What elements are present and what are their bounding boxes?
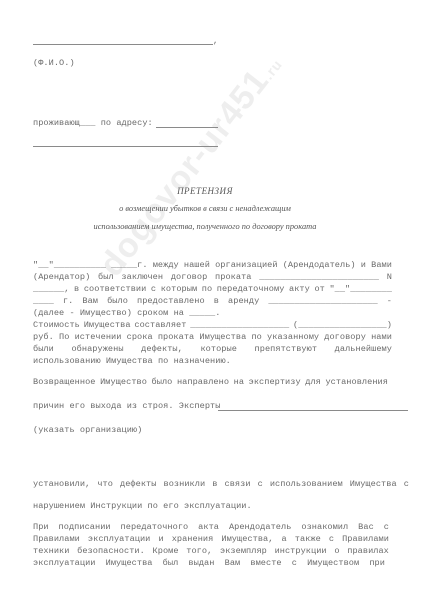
word: проката xyxy=(158,332,194,342)
word: предоставлено xyxy=(137,296,205,306)
date-field: "__"__________ _____г. xyxy=(33,260,148,270)
word: техники xyxy=(33,546,69,556)
word: Имущество xyxy=(100,377,147,387)
word: Стоимость xyxy=(33,320,80,330)
word: было xyxy=(152,377,173,387)
number-sign: N xyxy=(387,272,392,282)
dash: - xyxy=(387,296,392,306)
word: с xyxy=(292,558,297,568)
p1-line9: использованию Имущества по назначению. xyxy=(33,356,392,366)
word: заключен xyxy=(121,272,163,282)
word: По xyxy=(59,332,69,342)
word: был xyxy=(98,272,114,282)
p4-line4: эксплуатации Имущества был выдан Вам вме… xyxy=(33,558,385,568)
word: о xyxy=(334,546,339,556)
word: г. xyxy=(63,296,73,306)
word: Имущества, xyxy=(221,534,273,544)
word: проката xyxy=(215,272,251,282)
word: эксплуатации xyxy=(33,558,96,568)
word: а xyxy=(282,534,287,544)
word: организацией xyxy=(215,260,278,270)
word: с xyxy=(404,479,409,489)
word: аренду xyxy=(228,296,259,306)
word: руб. xyxy=(33,332,54,342)
experts-blank xyxy=(218,410,408,411)
word: возникли xyxy=(164,479,206,489)
word: Правилами xyxy=(33,534,80,544)
word: составляет xyxy=(134,320,186,330)
word: того, xyxy=(186,546,212,556)
p3-line1: установили, что дефекты возникли в связи… xyxy=(33,479,409,489)
p1-line7: руб. По истечении срока проката Имуществ… xyxy=(33,332,392,342)
word: инструкции xyxy=(275,546,327,556)
word: с xyxy=(329,534,334,544)
document-subtitle-line1: о возмещении убытков в связи с ненадлежа… xyxy=(0,204,410,213)
word: обнаружены xyxy=(71,344,123,354)
word: и xyxy=(361,260,366,270)
word: подписании xyxy=(59,522,111,532)
word: также xyxy=(295,534,321,544)
word: по xyxy=(202,284,212,294)
cost-words-blank: (_________________) xyxy=(293,320,392,330)
word: что xyxy=(97,479,113,489)
word: Возвращенное xyxy=(33,377,96,387)
word: ознакомил xyxy=(301,522,348,532)
word: Имуществом xyxy=(307,558,359,568)
word: дефекты, xyxy=(141,344,183,354)
word: которым xyxy=(161,284,197,294)
word: в xyxy=(214,296,219,306)
word: нашей xyxy=(184,260,210,270)
word: правилах xyxy=(347,546,389,556)
word: Вам xyxy=(225,558,241,568)
word: Вас xyxy=(358,522,374,532)
p4-line3: техники безопасности. Кроме того, экземп… xyxy=(33,546,389,556)
cost-digits-blank: ___________________ xyxy=(190,320,289,330)
word: от xyxy=(314,284,324,294)
word: Правилами xyxy=(342,534,389,544)
word: истечении xyxy=(75,332,122,342)
word: на xyxy=(234,377,244,387)
word: срока xyxy=(127,332,153,342)
word: (Арендодатель) xyxy=(283,260,356,270)
watermark-text: dogovor-ur451 xyxy=(92,62,277,283)
p1-line2: (Арендатор) был заключен договор проката… xyxy=(33,272,392,282)
word: направлено xyxy=(177,377,229,387)
word: в xyxy=(74,284,79,294)
word: передаточному xyxy=(217,284,285,294)
name-blank-line xyxy=(33,44,213,45)
watermark: dogovor-ur451.ru xyxy=(92,46,290,284)
word: в xyxy=(212,479,217,489)
word: Арендодатель xyxy=(229,522,292,532)
word: были xyxy=(33,344,54,354)
word: акту xyxy=(289,284,310,294)
p4-line1: При подписании передаточного акта Арендо… xyxy=(33,522,389,532)
word: с xyxy=(384,522,389,532)
word: при xyxy=(369,558,385,568)
document-subtitle-line2: использованием имущества, полученного по… xyxy=(0,222,410,231)
word: (Арендатор) xyxy=(33,272,90,282)
word: экземпляр xyxy=(220,546,267,556)
word: нами xyxy=(371,332,392,342)
p2-line3: (указать организацию) xyxy=(33,425,392,435)
word: и xyxy=(158,534,163,544)
address-second-line xyxy=(33,146,218,147)
address-blank xyxy=(156,127,218,128)
word: договор xyxy=(171,272,207,282)
word: акта xyxy=(198,522,219,532)
act-date-field: "__"________ xyxy=(329,284,392,294)
word: связи xyxy=(224,479,250,489)
word: с xyxy=(151,284,156,294)
p1-line8: были обнаружены дефекты, которые препятс… xyxy=(33,344,392,354)
word: с xyxy=(258,479,263,489)
word: Вам xyxy=(82,296,98,306)
word: Вами xyxy=(371,260,392,270)
word: Кроме xyxy=(153,546,179,556)
word: При xyxy=(33,522,49,532)
year-field: ____ xyxy=(33,296,54,306)
word: вместе xyxy=(250,558,281,568)
word: между xyxy=(153,260,179,270)
word: использованием xyxy=(270,479,343,489)
document-title: ПРЕТЕНЗИЯ xyxy=(0,186,410,196)
word: экспертизу xyxy=(249,377,301,387)
word: Имущества xyxy=(106,558,153,568)
contract-number-field: ______, xyxy=(33,284,69,294)
word: договору xyxy=(324,332,366,342)
p1-line4: ____ г. Вам было предоставлено в аренду … xyxy=(33,296,392,306)
word: дальнейшему xyxy=(335,344,392,354)
name-line-comma: , xyxy=(213,36,218,46)
word: передаточного xyxy=(121,522,189,532)
word: безопасности. xyxy=(77,546,145,556)
word: препятствуют xyxy=(255,344,318,354)
word: соответствии xyxy=(84,284,147,294)
word: Имущества xyxy=(84,320,131,330)
p3-line2: нарушением Инструкции по его эксплуатаци… xyxy=(33,501,392,511)
property-name-blank: _____________________ xyxy=(268,296,377,306)
document-page: dogovor-ur451.ru , (Ф.И.О.) проживающ___… xyxy=(0,0,424,600)
address-label: проживающ___ по адресу: xyxy=(33,118,153,128)
p4-line2: Правилами эксплуатации и хранения Имущес… xyxy=(33,534,389,544)
p2-line1: Возвращенное Имущество было направлено н… xyxy=(33,377,388,387)
word: Имущества xyxy=(199,332,246,342)
p1-line5: (далее - Имущество) сроком на _____. xyxy=(33,308,392,318)
name-caption: (Ф.И.О.) xyxy=(33,58,75,68)
word: установления xyxy=(325,377,388,387)
word: установили, xyxy=(33,479,90,489)
word: для xyxy=(305,377,321,387)
word: хранения xyxy=(172,534,214,544)
p1-line3: ______, в соответствии с которым по пере… xyxy=(33,284,392,294)
p1-line1: "__"__________ _____г. между нашей орган… xyxy=(33,260,392,270)
word: был xyxy=(163,558,179,568)
word: эксплуатации xyxy=(88,534,151,544)
word: по xyxy=(251,332,261,342)
word: указанному xyxy=(267,332,319,342)
word: дефекты xyxy=(120,479,156,489)
contract-number-blank: _______________________ xyxy=(259,272,379,282)
word: было xyxy=(107,296,128,306)
word: выдан xyxy=(188,558,214,568)
word: Имущества xyxy=(350,479,397,489)
word: которые xyxy=(200,344,236,354)
p1-line6: Стоимость Имущества составляет _________… xyxy=(33,320,392,330)
